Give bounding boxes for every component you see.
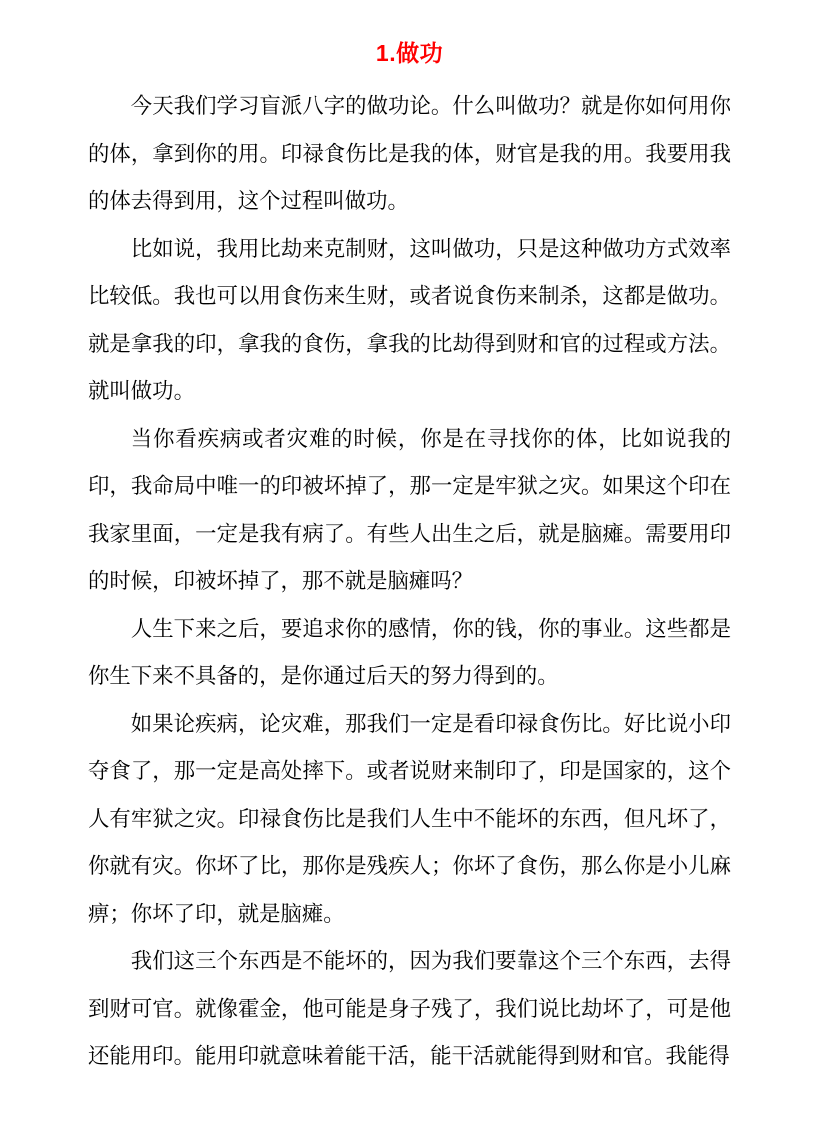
document-page: 1.做功 今天我们学习盲派八字的做功论。什么叫做功？就是你如何用你的体，拿到你的… — [0, 0, 819, 1142]
paragraph-2: 比如说，我用比劫来克制财，这叫做功，只是这种做功方式效率比较低。我也可以用食伤来… — [88, 226, 731, 416]
paragraph-1: 今天我们学习盲派八字的做功论。什么叫做功？就是你如何用你的体，拿到你的用。印禄食… — [88, 83, 731, 226]
paragraph-6: 我们这三个东西是不能坏的，因为我们要靠这个三个东西，去得到财可官。就像霍金，他可… — [88, 938, 731, 1081]
paragraph-5: 如果论疾病，论灾难，那我们一定是看印禄食伤比。好比说小印夺食了，那一定是高处摔下… — [88, 701, 731, 939]
paragraph-3: 当你看疾病或者灾难的时候，你是在寻找你的体，比如说我的印，我命局中唯一的印被坏掉… — [88, 416, 731, 606]
document-title: 1.做功 — [88, 36, 731, 70]
paragraph-4: 人生下来之后，要追求你的感情，你的钱，你的事业。这些都是你生下来不具备的，是你通… — [88, 606, 731, 701]
